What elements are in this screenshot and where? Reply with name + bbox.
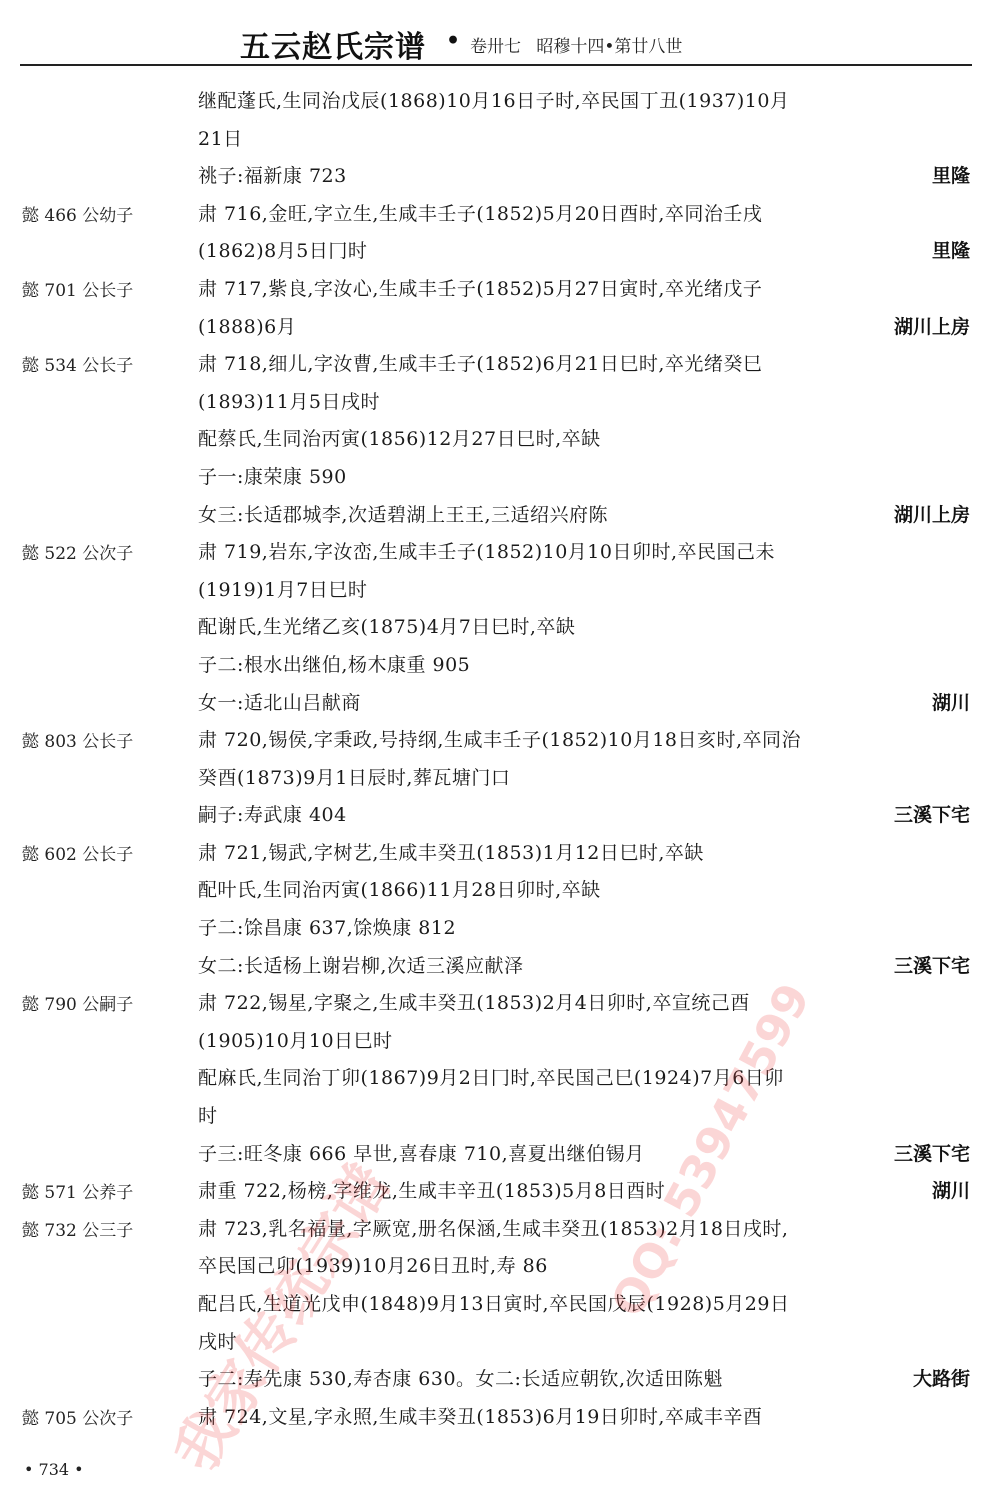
entry-line: (1919)1月7日巳时 [0, 571, 992, 609]
entry-line: 子二:馀昌康 637,馀焕康 812 [0, 909, 992, 947]
entry-text: 女三:长适郡城李,次适碧湖上王王,三适绍兴府陈 [198, 500, 970, 527]
entry-line: 懿 732 公三子肃 723,乳名福量,字厥宽,册名保涵,生咸丰癸丑(1853)… [0, 1210, 992, 1248]
entry-text: 肃 724,文星,字永照,生咸丰癸丑(1853)6月19日卯时,卒咸丰辛酉 [198, 1402, 970, 1429]
entry-line: 21日 [0, 120, 992, 158]
entry-text: 配吕氏,生道光戊申(1848)9月13日寅时,卒民国戊辰(1928)5月29日 [198, 1289, 970, 1316]
residence-location: 里隆 [932, 236, 970, 263]
entry-text: (1905)10月10日巳时 [198, 1026, 970, 1053]
entry-text: 配叶氏,生同治丙寅(1866)11月28日卯时,卒缺 [198, 875, 970, 902]
lineage-label: 懿 790 公嗣子 [22, 990, 133, 1015]
lineage-label: 懿 803 公长子 [22, 727, 133, 752]
entry-text: 肃 718,细儿,字汝曹,生咸丰壬子(1852)6月21日巳时,卒光绪癸巳 [198, 349, 970, 376]
entry-line: 子二:寿先康 530,寿杏康 630。女二:长适应朝钦,次适田陈魁大路街 [0, 1360, 992, 1398]
entry-line: 懿 466 公幼子肃 716,金旺,字立生,生咸丰壬子(1852)5月20日酉时… [0, 195, 992, 233]
entry-line: 女一:适北山吕献商湖川 [0, 684, 992, 722]
entry-text: 肃 716,金旺,字立生,生咸丰壬子(1852)5月20日酉时,卒同治壬戌 [198, 199, 970, 226]
entry-line: 子二:根水出继伯,杨木康重 905 [0, 646, 992, 684]
lineage-label: 懿 602 公长子 [22, 840, 133, 865]
entry-line: (1862)8月5日冂时里隆 [0, 232, 992, 270]
entry-line: 懿 790 公嗣子肃 722,锡星,字聚之,生咸丰癸丑(1853)2月4日卯时,… [0, 984, 992, 1022]
entry-line: 祧子:福新康 723里隆 [0, 157, 992, 195]
residence-location: 三溪下宅 [894, 1139, 970, 1166]
entry-text: (1888)6月 [198, 312, 970, 339]
entry-text: 肃 719,岩东,字汝峦,生咸丰壬子(1852)10月10日卯时,卒民国己未 [198, 537, 970, 564]
entry-text: (1893)11月5日戌时 [198, 387, 970, 414]
lineage-label: 懿 466 公幼子 [22, 201, 133, 226]
entry-text: (1919)1月7日巳时 [198, 575, 970, 602]
entry-text: 肃 717,紫良,字汝心,生咸丰壬子(1852)5月27日寅时,卒光绪戊子 [198, 274, 970, 301]
residence-location: 湖川 [932, 1176, 970, 1203]
residence-location: 三溪下宅 [894, 951, 970, 978]
entry-text: 肃 721,锡武,字树艺,生咸丰癸丑(1853)1月12日巳时,卒缺 [198, 838, 970, 865]
entry-line: 女二:长适杨上谢岩柳,次适三溪应献泽三溪下宅 [0, 947, 992, 985]
lineage-label: 懿 534 公长子 [22, 351, 133, 376]
residence-location: 湖川上房 [894, 312, 970, 339]
entry-text: 子二:根水出继伯,杨木康重 905 [198, 650, 970, 677]
lineage-label: 懿 701 公长子 [22, 276, 133, 301]
entry-line: 子一:康荣康 590 [0, 458, 992, 496]
residence-location: 三溪下宅 [894, 800, 970, 827]
entry-line: (1905)10月10日巳时 [0, 1022, 992, 1060]
entry-line: 懿 534 公长子肃 718,细儿,字汝曹,生咸丰壬子(1852)6月21日巳时… [0, 345, 992, 383]
entry-line: 女三:长适郡城李,次适碧湖上王王,三适绍兴府陈湖川上房 [0, 496, 992, 534]
entry-line: (1888)6月湖川上房 [0, 308, 992, 346]
entry-line: 卒民国己卯(1939)10月26日丑时,寿 86 [0, 1247, 992, 1285]
entry-text: 子三:旺冬康 666 早世,喜春康 710,喜夏出继伯锡月 [198, 1139, 970, 1166]
entry-text: 肃 720,锡侯,字秉政,号持纲,生咸丰壬子(1852)10月18日亥时,卒同治 [198, 725, 970, 752]
entry-text: 戌时 [198, 1327, 970, 1354]
lineage-label: 懿 705 公次子 [22, 1404, 133, 1429]
entry-line: 懿 571 公养子肃重 722,杨榜,字维龙,生咸丰辛丑(1853)5月8日酉时… [0, 1172, 992, 1210]
entry-line: 癸酉(1873)9月1日辰时,葬瓦塘门口 [0, 759, 992, 797]
entry-line: 懿 522 公次子肃 719,岩东,字汝峦,生咸丰壬子(1852)10月10日卯… [0, 533, 992, 571]
entry-line: (1893)11月5日戌时 [0, 383, 992, 421]
residence-location: 湖川上房 [894, 500, 970, 527]
volume-subtitle: 卷卅七 昭穆十四•第廿八世 [470, 32, 682, 57]
entry-line: 懿 701 公长子肃 717,紫良,字汝心,生咸丰壬子(1852)5月27日寅时… [0, 270, 992, 308]
entry-text: 子二:寿先康 530,寿杏康 630。女二:长适应朝钦,次适田陈魁 [198, 1364, 970, 1391]
entry-text: 子二:馀昌康 637,馀焕康 812 [198, 913, 970, 940]
entry-text: 肃重 722,杨榜,字维龙,生咸丰辛丑(1853)5月8日酉时 [198, 1176, 970, 1203]
entry-text: 21日 [198, 124, 970, 151]
header-rule [20, 64, 972, 66]
entry-text: 祧子:福新康 723 [198, 161, 970, 188]
entry-line: 配蔡氏,生同治丙寅(1856)12月27日巳时,卒缺 [0, 420, 992, 458]
entry-line: 时 [0, 1097, 992, 1135]
page-number: • 734 • [24, 1460, 84, 1479]
entry-line: 配谢氏,生光绪乙亥(1875)4月7日巳时,卒缺 [0, 608, 992, 646]
entry-line: 配叶氏,生同治丙寅(1866)11月28日卯时,卒缺 [0, 871, 992, 909]
entry-line: 配吕氏,生道光戊申(1848)9月13日寅时,卒民国戊辰(1928)5月29日 [0, 1285, 992, 1323]
entry-line: 配麻氏,生同治丁卯(1867)9月2日冂时,卒民国己巳(1924)7月6日卯 [0, 1059, 992, 1097]
entry-line: 戌时 [0, 1323, 992, 1361]
entry-text: 嗣子:寿武康 404 [198, 800, 970, 827]
entry-text: 卒民国己卯(1939)10月26日丑时,寿 86 [198, 1251, 970, 1278]
entry-text: 配蔡氏,生同治丙寅(1856)12月27日巳时,卒缺 [198, 424, 970, 451]
lineage-label: 懿 571 公养子 [22, 1178, 133, 1203]
entry-line: 继配蓬氏,生同治戊辰(1868)10月16日子时,卒民国丁丑(1937)10月 [0, 82, 992, 120]
entry-line: 嗣子:寿武康 404三溪下宅 [0, 796, 992, 834]
entry-text: 配谢氏,生光绪乙亥(1875)4月7日巳时,卒缺 [198, 612, 970, 639]
entry-text: 配麻氏,生同治丁卯(1867)9月2日冂时,卒民国己巳(1924)7月6日卯 [198, 1063, 970, 1090]
book-title: 五云赵氏宗谱 [240, 22, 426, 66]
page-header: 五云赵氏宗谱 • 卷卅七 昭穆十四•第廿八世 [0, 18, 992, 64]
entry-line: 懿 602 公长子肃 721,锡武,字树艺,生咸丰癸丑(1853)1月12日巳时… [0, 834, 992, 872]
entry-text: 时 [198, 1101, 970, 1128]
entry-text: 癸酉(1873)9月1日辰时,葬瓦塘门口 [198, 763, 970, 790]
title-separator: • [446, 28, 460, 54]
entry-line: 子三:旺冬康 666 早世,喜春康 710,喜夏出继伯锡月三溪下宅 [0, 1135, 992, 1173]
genealogy-entries: 继配蓬氏,生同治戊辰(1868)10月16日子时,卒民国丁丑(1937)10月2… [0, 82, 992, 1435]
entry-text: 肃 722,锡星,字聚之,生咸丰癸丑(1853)2月4日卯时,卒宣统己酉 [198, 988, 970, 1015]
residence-location: 里隆 [932, 161, 970, 188]
entry-text: (1862)8月5日冂时 [198, 236, 970, 263]
entry-line: 懿 705 公次子肃 724,文星,字永照,生咸丰癸丑(1853)6月19日卯时… [0, 1398, 992, 1436]
lineage-label: 懿 732 公三子 [22, 1216, 133, 1241]
entry-text: 子一:康荣康 590 [198, 462, 970, 489]
entry-text: 女二:长适杨上谢岩柳,次适三溪应献泽 [198, 951, 970, 978]
entry-text: 肃 723,乳名福量,字厥宽,册名保涵,生咸丰癸丑(1853)2月18日戌时, [198, 1214, 970, 1241]
residence-location: 湖川 [932, 688, 970, 715]
entry-text: 女一:适北山吕献商 [198, 688, 970, 715]
lineage-label: 懿 522 公次子 [22, 539, 133, 564]
entry-line: 懿 803 公长子肃 720,锡侯,字秉政,号持纲,生咸丰壬子(1852)10月… [0, 721, 992, 759]
residence-location: 大路街 [913, 1364, 970, 1391]
entry-text: 继配蓬氏,生同治戊辰(1868)10月16日子时,卒民国丁丑(1937)10月 [198, 86, 970, 113]
